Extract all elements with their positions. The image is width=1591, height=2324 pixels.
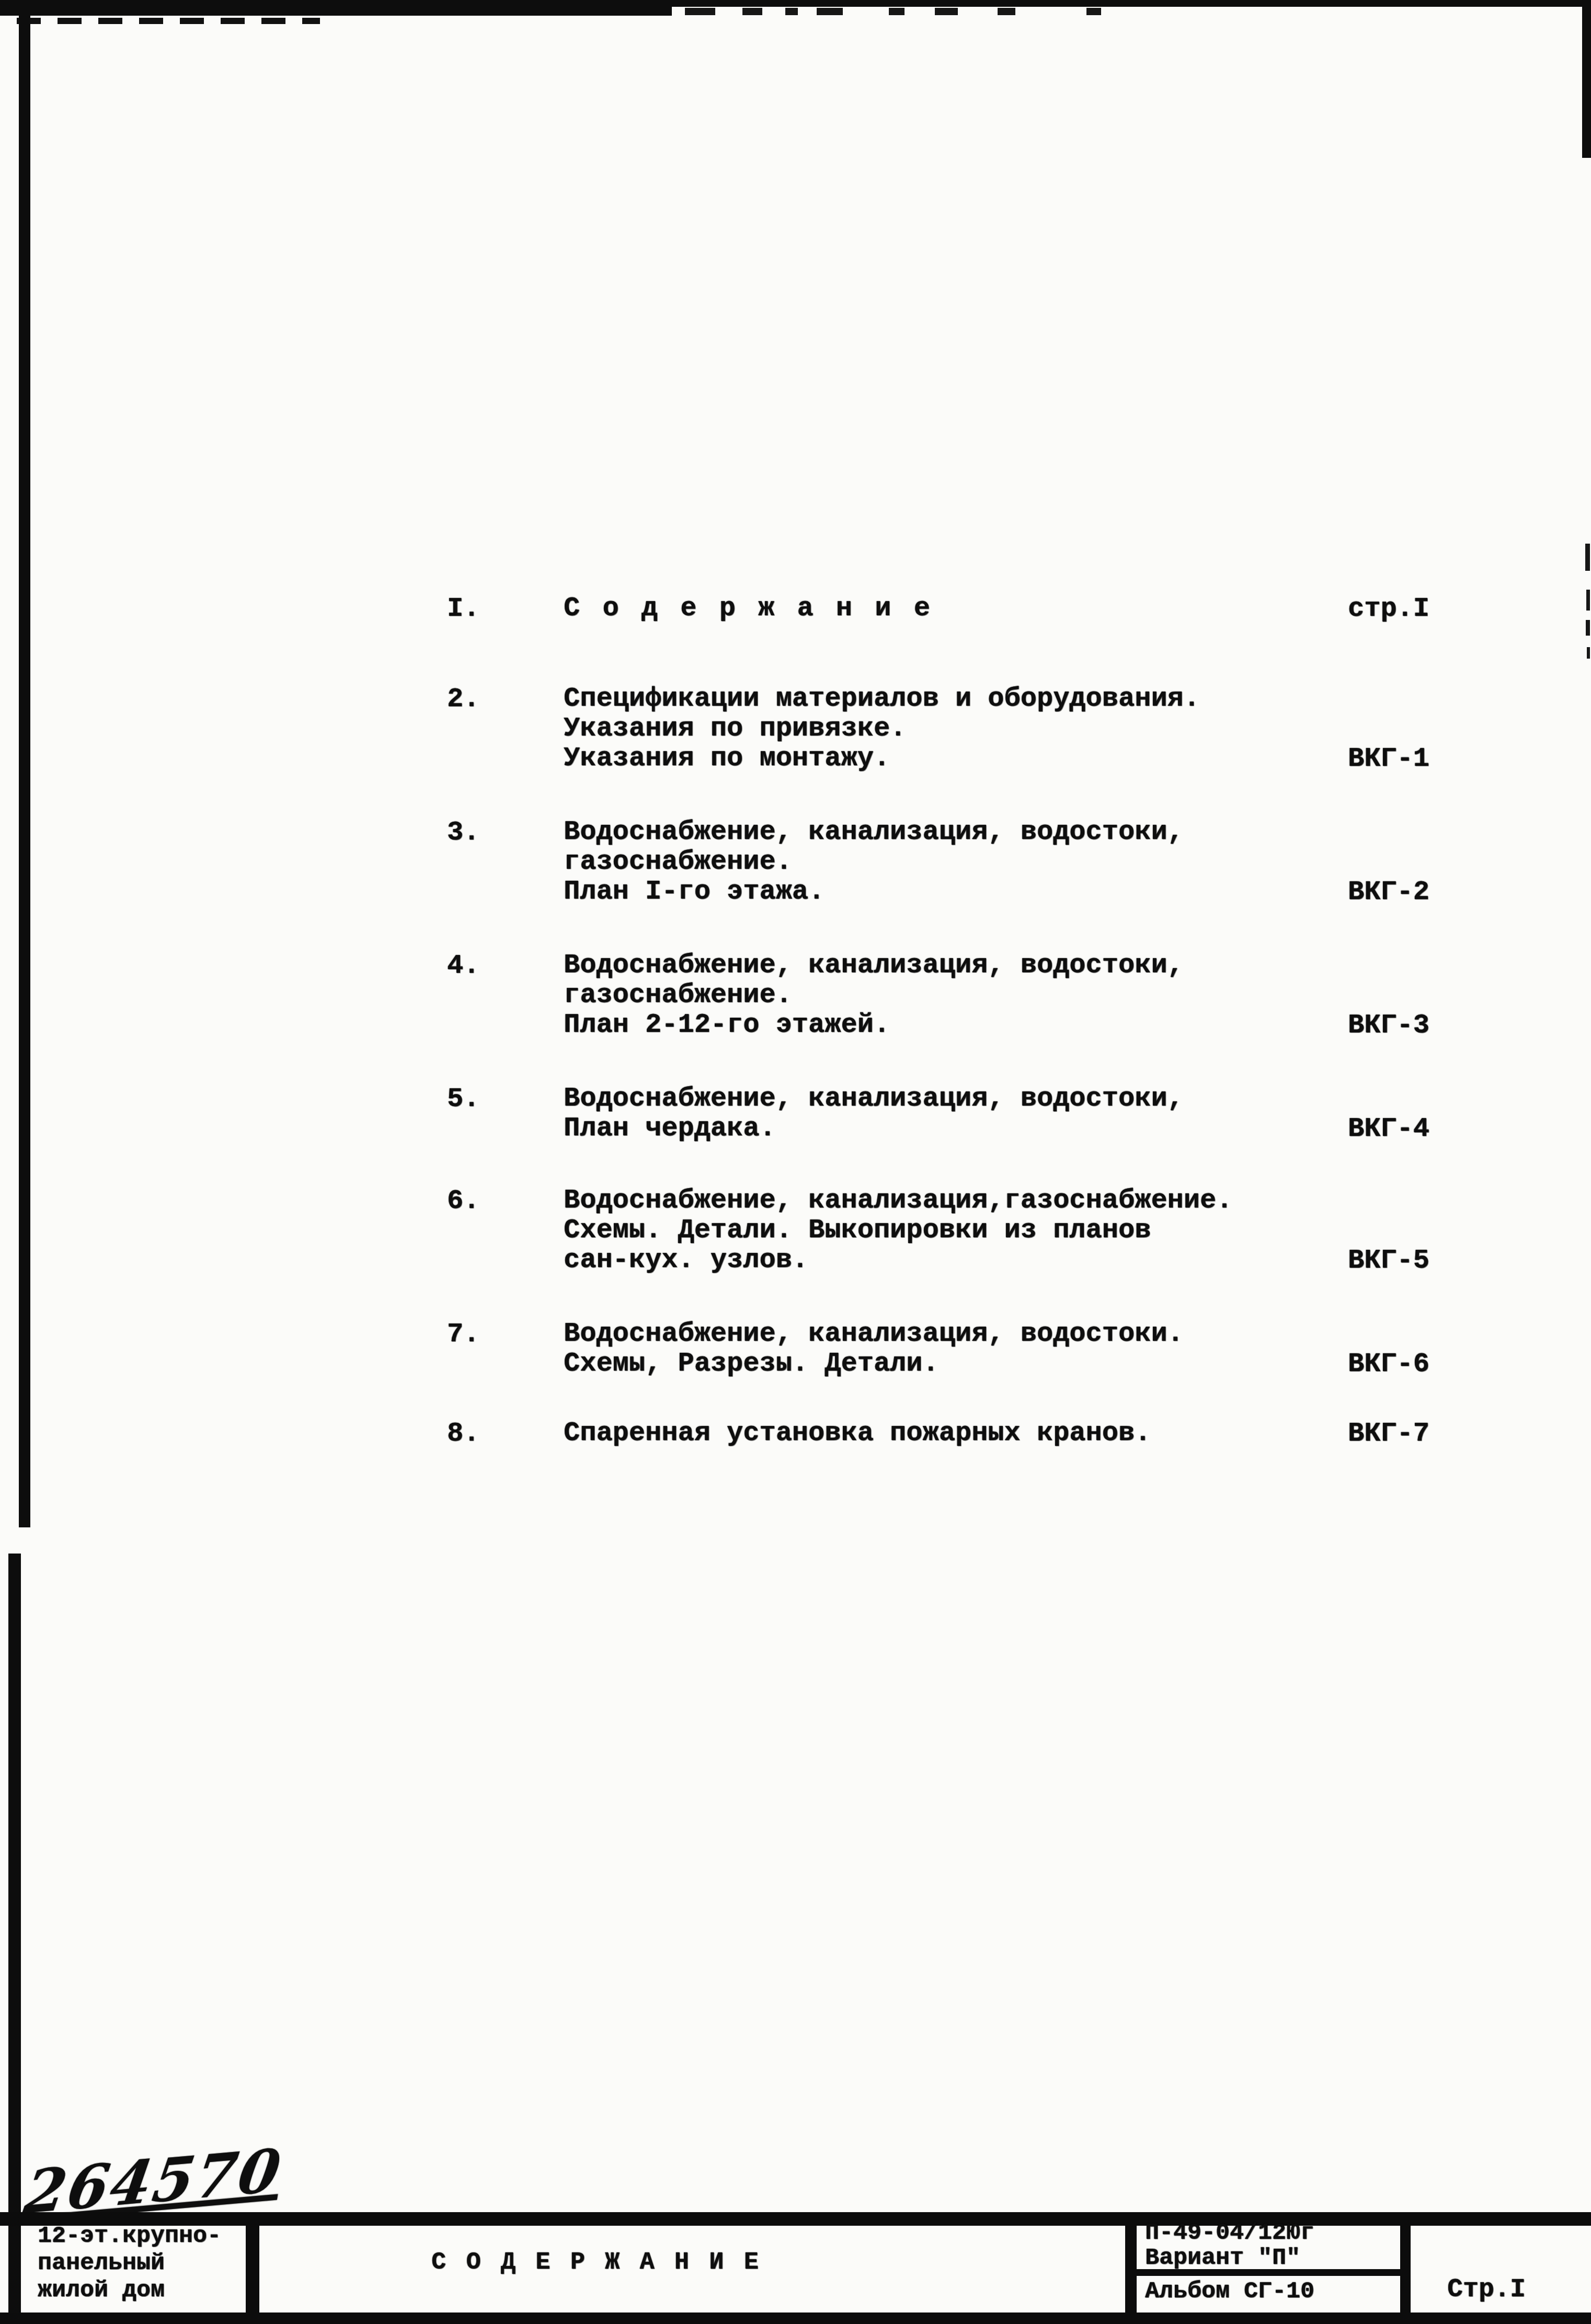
toc-item-text: Водоснабжение, канализация, водостоки,Пл… [564, 1084, 1184, 1143]
project-line-2: панельный [38, 2250, 165, 2276]
project-line-1: 12-эт.крупно- [38, 2223, 221, 2249]
toc-item-text-line: Водоснабжение, канализация,газоснабжение… [564, 1186, 1232, 1215]
scan-border-top-dashes [17, 18, 320, 24]
page-number: Стр.I [1447, 2275, 1526, 2305]
toc-item-text: Водоснабжение, канализация, водостоки,га… [564, 950, 1184, 1040]
toc-item-text-line: С о д е р ж а н и е [564, 593, 933, 623]
scan-border-top [0, 0, 672, 16]
toc-item-text-line: План I-го этажа. [564, 877, 1184, 906]
toc-item-sheet-ref: ВКГ-6 [1348, 1349, 1429, 1379]
toc-item-text-line: Указания по привязке. [564, 714, 1200, 743]
toc-item-text-line: Спаренная установка пожарных кранов. [564, 1418, 1151, 1448]
toc-item-sheet-ref: ВКГ-3 [1348, 1010, 1429, 1041]
toc-item-sheet-ref: стр.I [1348, 593, 1429, 624]
toc-item-text-line: План 2-12-го этажей. [564, 1010, 1184, 1040]
toc-item-number: 7. [447, 1319, 479, 1350]
toc-item-text-line: Водоснабжение, канализация, водостоки. [564, 1319, 1184, 1349]
toc-item-text: Водоснабжение, канализация, водостоки.Сх… [564, 1319, 1184, 1378]
toc-item-text-line: Водоснабжение, канализация, водостоки, [564, 817, 1184, 847]
toc-item-text: Водоснабжение, канализация,газоснабжение… [564, 1186, 1232, 1275]
toc-item-number: 2. [447, 684, 479, 715]
toc-item-number: I. [447, 593, 479, 624]
scan-border-left-upper [19, 3, 30, 1527]
toc-item-text-line: Схемы, Разрезы. Детали. [564, 1349, 1184, 1378]
scan-smudge [685, 8, 715, 15]
title-block-top-rule [0, 2212, 1591, 2226]
toc-item-text-line: План чердака. [564, 1113, 1184, 1143]
scan-smudge [785, 8, 798, 15]
toc-item-number: 4. [447, 950, 479, 981]
toc-item-text-line: газоснабжение. [564, 847, 1184, 877]
scan-smudge [817, 8, 843, 15]
scan-edge-mark [1585, 544, 1590, 571]
toc-item-text-line: Указания по монтажу. [564, 743, 1200, 773]
toc-item-text: С о д е р ж а н и е [564, 593, 933, 623]
toc-item-number: 8. [447, 1418, 479, 1449]
scan-edge-mark [1587, 647, 1590, 659]
title-block-bottom-rule [0, 2313, 1591, 2324]
variant-label: Вариант "П" [1145, 2245, 1300, 2271]
scan-edge-mark [1586, 620, 1590, 636]
scan-edge-mark [1586, 590, 1590, 611]
project-line-3: жилой дом [38, 2277, 165, 2304]
project-name-cell: 12-эт.крупно-панельныйжилой дом [38, 2223, 221, 2304]
toc-item-text: Спаренная установка пожарных кранов. [564, 1418, 1151, 1448]
toc-item-text-line: Водоснабжение, канализация, водостоки, [564, 950, 1184, 980]
scanned-document-page: I.С о д е р ж а н и естр.I2.Спецификации… [0, 0, 1591, 2324]
toc-item-sheet-ref: ВКГ-7 [1348, 1418, 1429, 1449]
toc-item-text-line: сан-кух. узлов. [564, 1245, 1232, 1275]
toc-item-text-line: газоснабжение. [564, 980, 1184, 1010]
scan-border-right-band [1582, 0, 1591, 158]
sheet-title: С О Д Е Р Ж А Н И Е [431, 2249, 761, 2276]
scan-smudge [889, 8, 905, 15]
scan-smudge [998, 8, 1015, 15]
toc-item-text-line: Схемы. Детали. Выкопировки из планов [564, 1215, 1232, 1245]
toc-item-text: Спецификации материалов и оборудования.У… [564, 684, 1200, 773]
scan-smudge [1086, 8, 1101, 15]
scan-smudge [742, 8, 762, 15]
toc-item-sheet-ref: ВКГ-5 [1348, 1245, 1429, 1276]
album-label: Альбом СГ-10 [1145, 2278, 1314, 2305]
toc-item-sheet-ref: ВКГ-4 [1348, 1113, 1429, 1144]
toc-item-text: Водоснабжение, канализация, водостоки,га… [564, 817, 1184, 906]
toc-item-text-line: Спецификации материалов и оборудования. [564, 684, 1200, 714]
scan-smudge [935, 8, 958, 15]
toc-item-sheet-ref: ВКГ-1 [1348, 743, 1429, 774]
toc-item-sheet-ref: ВКГ-2 [1348, 877, 1429, 907]
scan-border-left-lower [8, 1554, 21, 2324]
toc-item-number: 3. [447, 817, 479, 848]
document-code: П-49-04/12Юг [1145, 2219, 1314, 2246]
toc-item-text-line: Водоснабжение, канализация, водостоки, [564, 1084, 1184, 1113]
toc-item-number: 6. [447, 1186, 479, 1216]
title-block-divider-vertical-1 [246, 2219, 259, 2318]
toc-item-number: 5. [447, 1084, 479, 1114]
scan-border-top-thin [672, 0, 1591, 7]
